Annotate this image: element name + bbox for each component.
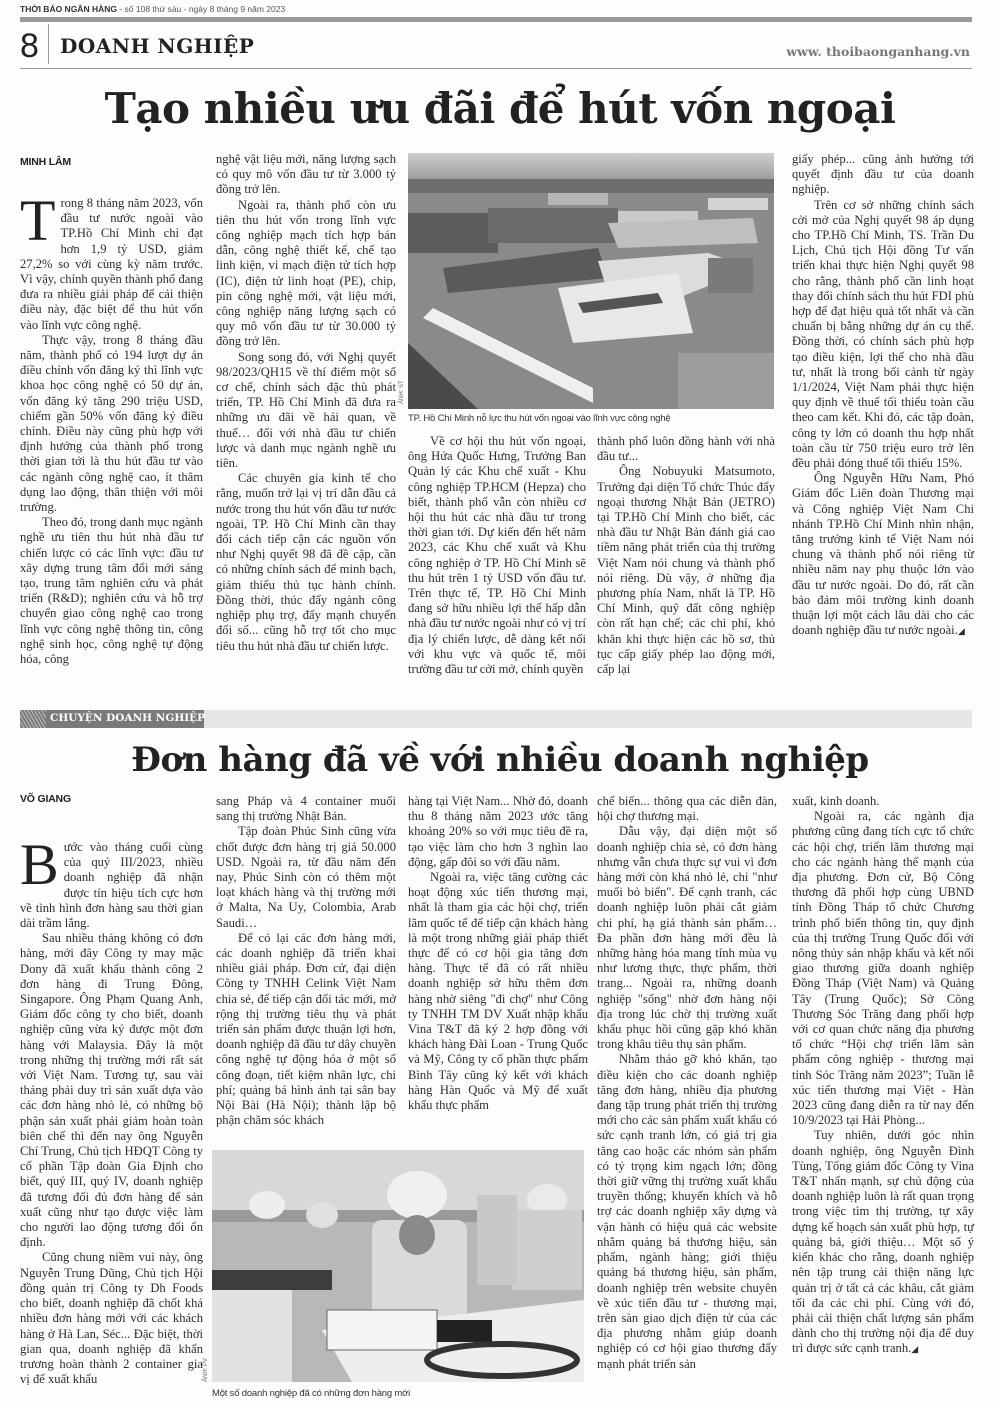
article2-paragraph: Ngoài ra, các ngành địa phương cũng đang… [792,809,974,1128]
article1-column-3: Về cơ hội thu hút vốn ngoại, ông Hứa Quố… [408,434,586,677]
section-title: DOANH NGHIỆP [60,34,254,58]
article2-photo [212,1150,584,1382]
page-number-separator [48,24,49,64]
article1-column-4: thành phố luôn đồng hành với nhà đầu tư.… [597,434,775,677]
article1-paragraph: Trên cơ sở những chính sách cởi mở của N… [792,198,974,472]
article2-headline: Đơn hàng đã về với nhiều doanh nghiệp [0,740,1000,780]
article2-paragraph: Nhằm tháo gỡ khó khăn, tạo điều kiện cho… [597,1052,777,1371]
article1-paragraph: giấy phép... cũng ảnh hưởng tới quyết đị… [792,152,974,198]
article2-paragraph: Dẫu vậy, đại diện một số doanh nghiệp ch… [597,824,777,1052]
issue-info: - số 108 thứ sáu - ngày 8 tháng 9 năm 20… [117,4,285,14]
end-of-article-icon: ◢ [958,626,965,636]
website-url: www. thoibaonganhang.vn [786,44,970,59]
article2-column-5: xuất, kinh doanh. Ngoài ra, các ngành đị… [792,794,974,1358]
article1-byline: MINH LÂM [20,156,71,168]
article1-paragraph: Thực vậy, trong 8 tháng đầu năm, thành p… [20,333,203,515]
article1-paragraph: Về cơ hội thu hút vốn ngoại, ông Hứa Quố… [408,434,586,677]
article1-paragraph: Ông Nguyễn Hữu Nam, Phó Giám đốc Liên đo… [792,471,974,639]
end-of-article-icon: ◢ [911,1344,918,1354]
section-tag-label: CHUYỆN DOANH NGHIỆP [50,712,205,724]
article1-column-1: Trong 8 tháng năm 2023, vốn đầu tư nước … [20,196,203,667]
article2-column-3: hàng tại Việt Nam... Nhờ đó, doanh thu 8… [408,794,588,1113]
industrial-park-image [408,153,774,409]
factory-workers-image [212,1150,584,1382]
article1-headline: Tạo nhiều ưu đãi để hút vốn ngoại [0,84,1000,133]
sunburst-icon [20,710,46,728]
article2-paragraph: Tuy nhiên, dưới góc nhìn doanh nghiệp, ô… [792,1128,974,1357]
article2-paragraph: hàng tại Việt Nam... Nhờ đó, doanh thu 8… [408,794,588,870]
page-number: 8 [20,26,39,66]
article2-paragraph: Tập đoàn Phúc Sinh cũng vừa chốt được đơ… [216,824,396,930]
article2-paragraph: Để có lại các đơn hàng mới, các doanh ng… [216,931,396,1129]
article2-paragraph: xuất, kinh doanh. [792,794,974,809]
masthead-issue-line: THỜI BÁO NGÂN HÀNG - số 108 thứ sáu - ng… [20,4,285,14]
article1-paragraph: Các chuyên gia kinh tế cho rằng, muốn tr… [216,471,396,653]
article1-photo [408,153,774,409]
article2-paragraph: chế biến... thông qua các diễn đàn, hội … [597,794,777,824]
article2-paragraph: Ngoài ra, việc tăng cường các hoạt động … [408,870,588,1113]
dropcap: T [20,198,55,244]
article2-byline: VÕ GIANG [20,793,71,805]
article1-paragraph: Ông Nobuyuki Matsumoto, Trưởng đại diện … [597,464,775,677]
top-divider-bar [20,17,972,22]
article1-column-5: giấy phép... cũng ảnh hưởng tới quyết đị… [792,152,974,640]
article2-column-4: chế biến... thông qua các diễn đàn, hội … [597,794,777,1372]
article2-column-1: Bước vào tháng cuối cùng của quý III/202… [20,840,203,1387]
article2-paragraph: Cũng chung niềm vui này, ông Nguyễn Trun… [20,1250,203,1387]
article2-photo-credit: ẢNH: PV [203,1358,209,1382]
article1-paragraph: Theo đó, trong danh mục ngành nghề ưu ti… [20,515,203,667]
article1-column-2: nghệ vật liệu mới, năng lượng sạch có qu… [216,152,396,654]
article2-photo-caption: Một số doanh nghiệp đã có những đơn hàng… [212,1388,410,1399]
header-rule [20,68,972,69]
article1-paragraph: nghệ vật liệu mới, năng lượng sạch có qu… [216,152,396,198]
section-tag: CHUYỆN DOANH NGHIỆP [20,710,204,728]
dropcap: B [20,842,59,888]
article1-photo-credit: ẢNH: ST [399,380,405,404]
article2-column-2: sang Pháp và 4 container muối sang thị t… [216,794,396,1128]
article1-paragraph: Ngoài ra, thành phố còn ưu tiên thu hút … [216,198,396,350]
article1-photo-caption: TP. Hồ Chí Minh nỗ lực thu hút vốn ngoại… [408,413,670,424]
article1-paragraph: Song song đó, với Nghị quyết 98/2023/QH1… [216,350,396,472]
article2-paragraph: sang Pháp và 4 container muối sang thị t… [216,794,396,824]
publication-name: THỜI BÁO NGÂN HÀNG [20,4,117,14]
article2-paragraph: Sau nhiều tháng không có đơn hàng, mới đ… [20,931,203,1250]
article1-paragraph: Trong 8 tháng năm 2023, vốn đầu tư nước … [20,196,203,333]
article2-paragraph: Bước vào tháng cuối cùng của quý III/202… [20,840,203,931]
article1-paragraph: thành phố luôn đồng hành với nhà đầu tư.… [597,434,775,464]
